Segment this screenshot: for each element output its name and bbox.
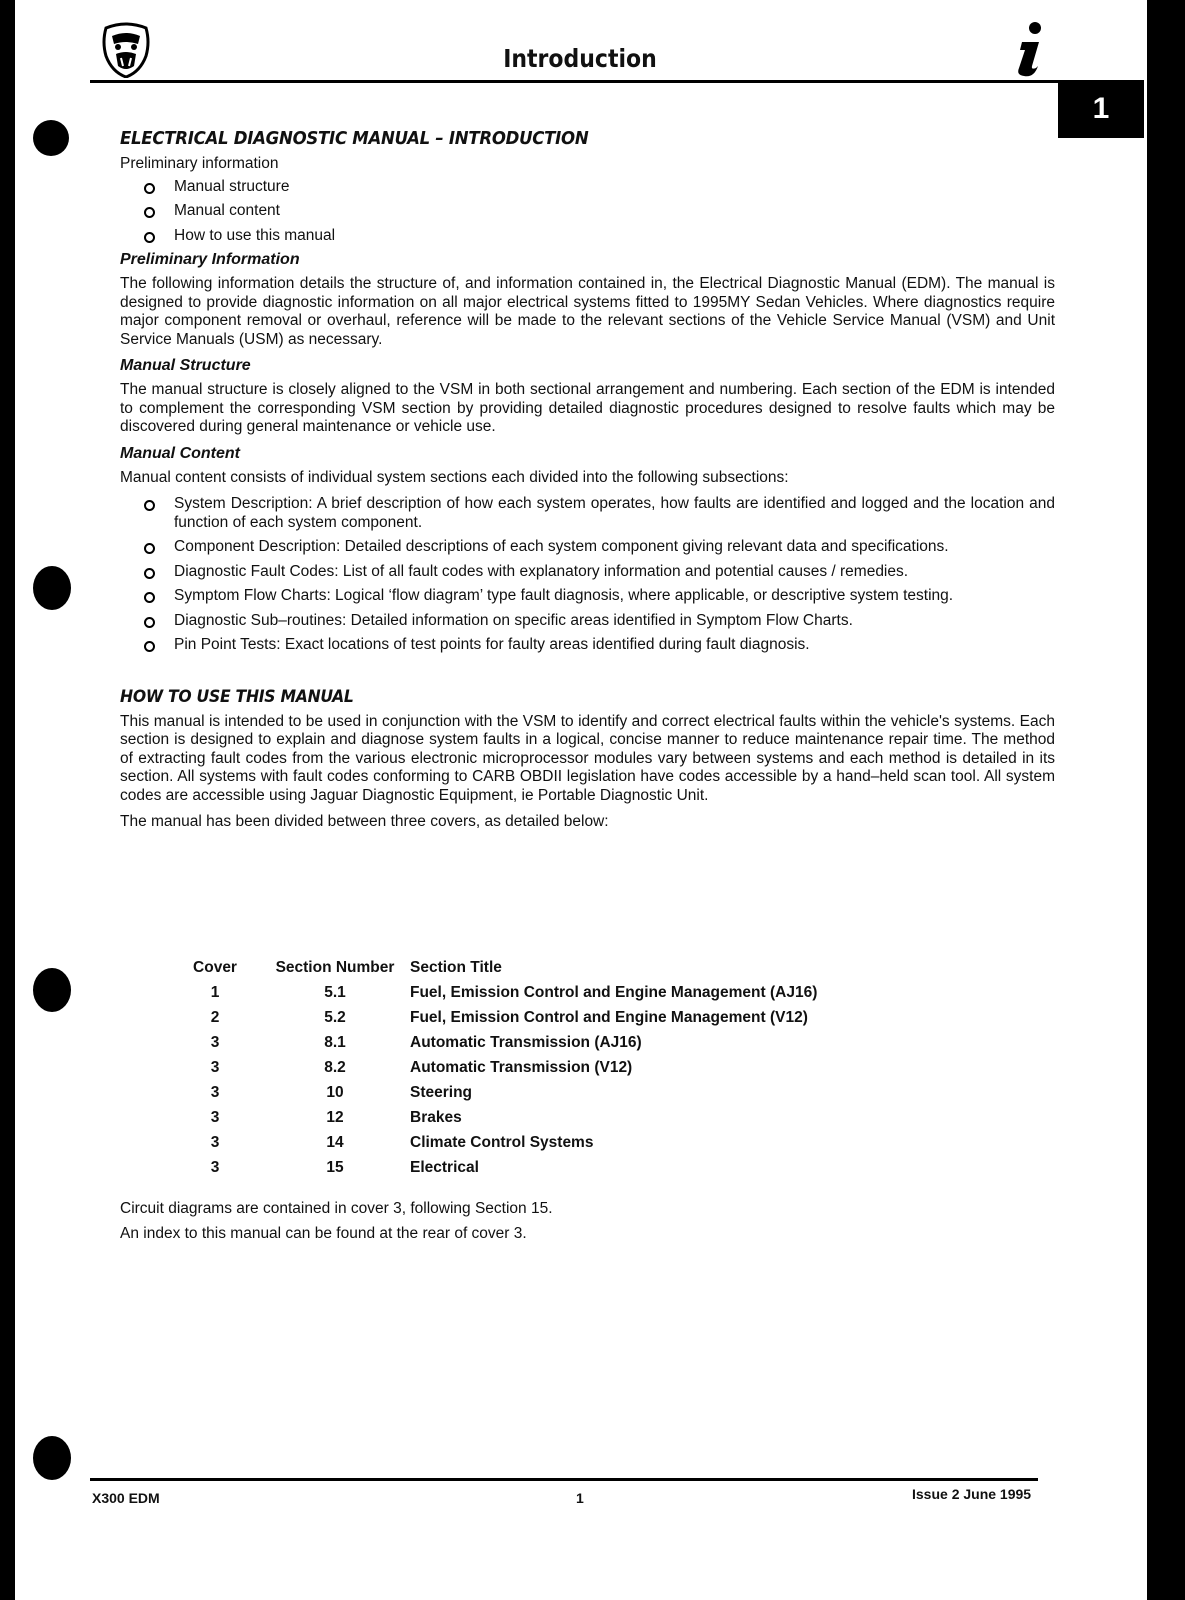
jaguar-head-emblem-icon (100, 22, 152, 78)
circle-bullet-icon (144, 232, 155, 243)
section-tab: 1 (1058, 80, 1144, 138)
section-title-cell: Climate Control Systems (410, 1130, 817, 1155)
list-item: Symptom Flow Charts: Logical ‘flow diagr… (120, 587, 1055, 606)
table-row: 38.2Automatic Transmission (V12) (170, 1055, 817, 1080)
page-title: Introduction (492, 44, 668, 73)
section-number-cell: 5.1 (260, 980, 410, 1005)
table-header-row: Cover Section Number Section Title (170, 955, 817, 980)
table-row: 315Electrical (170, 1155, 817, 1180)
section-number-cell: 12 (260, 1105, 410, 1130)
table-row: 15.1Fuel, Emission Control and Engine Ma… (170, 980, 817, 1005)
scan-edge-left (0, 0, 15, 1600)
section-number-cell: 8.2 (260, 1055, 410, 1080)
closing-notes: Circuit diagrams are contained in cover … (120, 1196, 553, 1246)
footer-rule (90, 1478, 1038, 1481)
covers-intro: The manual has been divided between thre… (120, 813, 1055, 832)
section-number-cell: 14 (260, 1130, 410, 1155)
page-number: 1 (576, 1490, 584, 1506)
section-title-cell: Fuel, Emission Control and Engine Manage… (410, 980, 817, 1005)
how-to-heading: HOW TO USE THIS MANUAL (120, 687, 980, 707)
section-heading: Manual Structure (120, 357, 1055, 375)
toc-title: Preliminary information (120, 155, 1055, 174)
toc-item: How to use this manual (120, 227, 1055, 246)
table-row: 314Climate Control Systems (170, 1130, 817, 1155)
header-rule (90, 80, 1125, 83)
section-title-cell: Brakes (410, 1105, 817, 1130)
main-content: ELECTRICAL DIAGNOSTIC MANUAL – INTRODUCT… (120, 128, 1055, 840)
cover-cell: 3 (170, 1105, 260, 1130)
cover-cell: 3 (170, 1055, 260, 1080)
subsection-list: System Description: A brief description … (120, 495, 1055, 655)
section-number-cell: 15 (260, 1155, 410, 1180)
punch-hole (33, 120, 69, 156)
scan-edge-right (1147, 0, 1185, 1600)
sections-table: Cover Section Number Section Title 15.1F… (170, 955, 817, 1180)
section-number-cell: 10 (260, 1080, 410, 1105)
column-header: Section Title (410, 955, 817, 980)
section-title-cell: Electrical (410, 1155, 817, 1180)
circle-bullet-icon (144, 641, 155, 652)
punch-hole (33, 1436, 71, 1480)
section-title-cell: Automatic Transmission (V12) (410, 1055, 817, 1080)
section-title-cell: Steering (410, 1080, 817, 1105)
table-row: 38.1Automatic Transmission (AJ16) (170, 1030, 817, 1055)
issue-date: Issue 2 June 1995 (912, 1486, 1031, 1502)
cover-cell: 3 (170, 1130, 260, 1155)
how-to-text: This manual is intended to be used in co… (120, 713, 1055, 806)
list-item: Diagnostic Sub–routines: Detailed inform… (120, 612, 1055, 631)
column-header: Section Number (260, 955, 410, 980)
table-row: 310Steering (170, 1080, 817, 1105)
circle-bullet-icon (144, 183, 155, 194)
content-intro: Manual content consists of individual sy… (120, 469, 1055, 488)
circle-bullet-icon (144, 543, 155, 554)
section-title-cell: Automatic Transmission (AJ16) (410, 1030, 817, 1055)
toc-list: Manual structure Manual content How to u… (120, 178, 1055, 246)
toc-item: Manual content (120, 202, 1055, 221)
section-heading: Preliminary Information (120, 251, 1055, 269)
circle-bullet-icon (144, 592, 155, 603)
document-heading: ELECTRICAL DIAGNOSTIC MANUAL – INTRODUCT… (120, 128, 980, 149)
preliminary-text: The following information details the st… (120, 275, 1055, 349)
cover-cell: 3 (170, 1155, 260, 1180)
info-icon (1012, 20, 1048, 80)
punch-hole (33, 968, 71, 1012)
cover-cell: 3 (170, 1030, 260, 1055)
list-item: System Description: A brief description … (120, 495, 1055, 532)
footer-doc-code: X300 EDM (92, 1490, 160, 1506)
table-body: 15.1Fuel, Emission Control and Engine Ma… (170, 980, 817, 1180)
list-item: Component Description: Detailed descript… (120, 538, 1055, 557)
table-row: 25.2Fuel, Emission Control and Engine Ma… (170, 1005, 817, 1030)
section-heading: Manual Content (120, 445, 1055, 463)
cover-cell: 3 (170, 1080, 260, 1105)
list-item: Diagnostic Fault Codes: List of all faul… (120, 563, 1055, 582)
table-row: 312Brakes (170, 1105, 817, 1130)
circle-bullet-icon (144, 617, 155, 628)
structure-text: The manual structure is closely aligned … (120, 381, 1055, 437)
note: An index to this manual can be found at … (120, 1221, 553, 1246)
circle-bullet-icon (144, 568, 155, 579)
note: Circuit diagrams are contained in cover … (120, 1196, 553, 1221)
cover-cell: 2 (170, 1005, 260, 1030)
column-header: Cover (170, 955, 260, 980)
section-number-cell: 5.2 (260, 1005, 410, 1030)
punch-hole (33, 566, 71, 610)
cover-cell: 1 (170, 980, 260, 1005)
circle-bullet-icon (144, 500, 155, 511)
toc-item: Manual structure (120, 178, 1055, 197)
circle-bullet-icon (144, 207, 155, 218)
section-title-cell: Fuel, Emission Control and Engine Manage… (410, 1005, 817, 1030)
list-item: Pin Point Tests: Exact locations of test… (120, 636, 1055, 655)
section-number-cell: 8.1 (260, 1030, 410, 1055)
